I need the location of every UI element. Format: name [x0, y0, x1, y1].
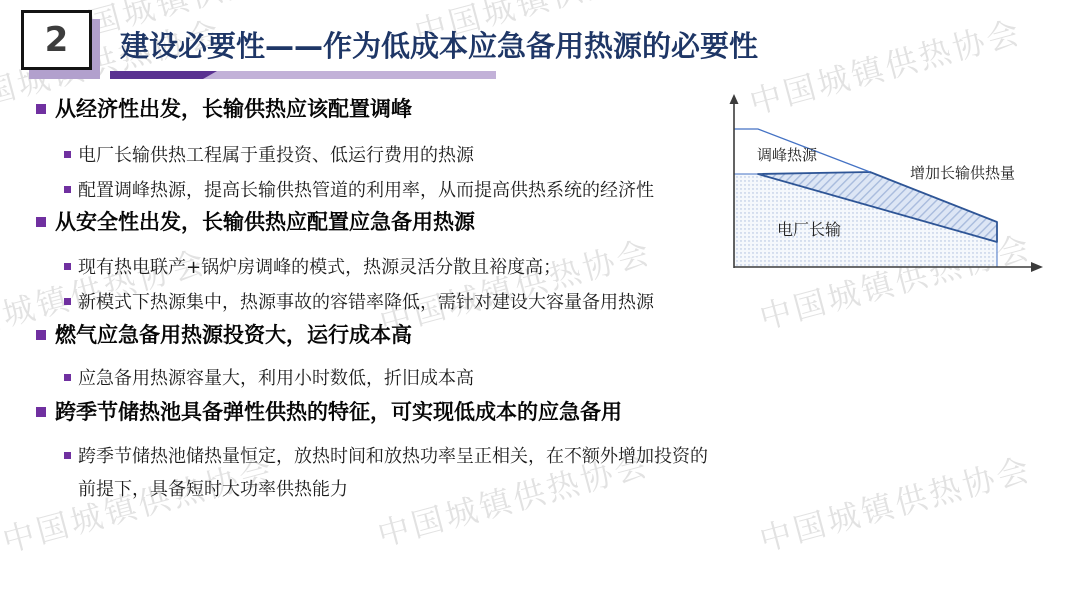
sub-bullet-text: 新模式下热源集中，热源事故的容错率降低，需针对建设大容量备用热源 [78, 286, 712, 319]
square-bullet-icon [64, 374, 71, 381]
square-bullet-icon [36, 407, 46, 417]
square-bullet-icon [36, 330, 46, 340]
sub-bullet-item: 新模式下热源集中，热源事故的容错率降低，需针对建设大容量备用热源 [64, 286, 712, 319]
load-duration-chart: 调峰热源 增加长输供热量 电厂长输 [700, 88, 1060, 288]
heading-text: 燃气应急备用热源投资大，运行成本高 [55, 322, 412, 349]
section-heading: 燃气应急备用热源投资大，运行成本高 [36, 322, 412, 349]
section-number-box: 2 [21, 10, 92, 70]
heading-text: 从经济性出发，长输供热应该配置调峰 [55, 96, 412, 123]
sub-bullet-text: 电厂长输供热工程属于重投资、低运行费用的热源 [78, 139, 712, 172]
section-number: 2 [45, 20, 69, 60]
title-underline-bar-dark-segment [110, 71, 217, 79]
sub-bullet-item: 应急备用热源容量大，利用小时数低，折旧成本高 [64, 362, 712, 395]
sub-bullet-text: 现有热电联产+锅炉房调峰的模式，热源灵活分散且裕度高； [78, 251, 712, 284]
load-duration-diagram: 调峰热源 增加长输供热量 电厂长输 [700, 88, 1060, 288]
square-bullet-icon [36, 217, 46, 227]
peak-source-label: 调峰热源 [757, 146, 818, 164]
heading-text: 从安全性出发，长输供热应配置应急备用热源 [55, 209, 475, 236]
sub-bullet-text: 配置调峰热源，提高长输供热管道的利用率，从而提高供热系统的经济性 [78, 174, 712, 207]
y-axis-arrow-icon [730, 94, 739, 104]
square-bullet-icon [64, 298, 71, 305]
square-bullet-icon [36, 104, 46, 114]
heading-text: 跨季节储热池具备弹性供热的特征，可实现低成本的应急备用 [55, 399, 622, 426]
section-heading: 从经济性出发，长输供热应该配置调峰 [36, 96, 412, 123]
sub-bullet-item: 现有热电联产+锅炉房调峰的模式，热源灵活分散且裕度高； [64, 251, 712, 284]
plant-supply-label: 电厂长输 [777, 220, 841, 239]
sub-bullet-text: 跨季节储热池储热量恒定，放热时间和放热功率呈正相关，在不额外增加投资的前提下，具… [78, 440, 712, 506]
square-bullet-icon [64, 186, 71, 193]
sub-bullet-item: 跨季节储热池储热量恒定，放热时间和放热功率呈正相关，在不额外增加投资的前提下，具… [64, 440, 712, 506]
square-bullet-icon [64, 263, 71, 270]
sub-bullet-item: 配置调峰热源，提高长输供热管道的利用率，从而提高供热系统的经济性 [64, 174, 712, 207]
sub-bullet-item: 电厂长输供热工程属于重投资、低运行费用的热源 [64, 139, 712, 172]
added-supply-label: 增加长输供热量 [910, 164, 1015, 182]
slide: { "watermark": { "text": "中国城镇供热协会" }, "… [0, 0, 1080, 608]
x-axis-arrow-icon [1031, 262, 1043, 272]
section-heading: 从安全性出发，长输供热应配置应急备用热源 [36, 209, 475, 236]
square-bullet-icon [64, 151, 71, 158]
sub-bullet-text: 应急备用热源容量大，利用小时数低，折旧成本高 [78, 362, 712, 395]
section-heading: 跨季节储热池具备弹性供热的特征，可实现低成本的应急备用 [36, 399, 622, 426]
watermark-text: 中国城镇供热协会 [756, 451, 1036, 558]
title-underline-bar [110, 71, 496, 79]
page-title: 建设必要性——作为低成本应急备用热源的必要性 [120, 24, 758, 65]
square-bullet-icon [64, 452, 71, 459]
